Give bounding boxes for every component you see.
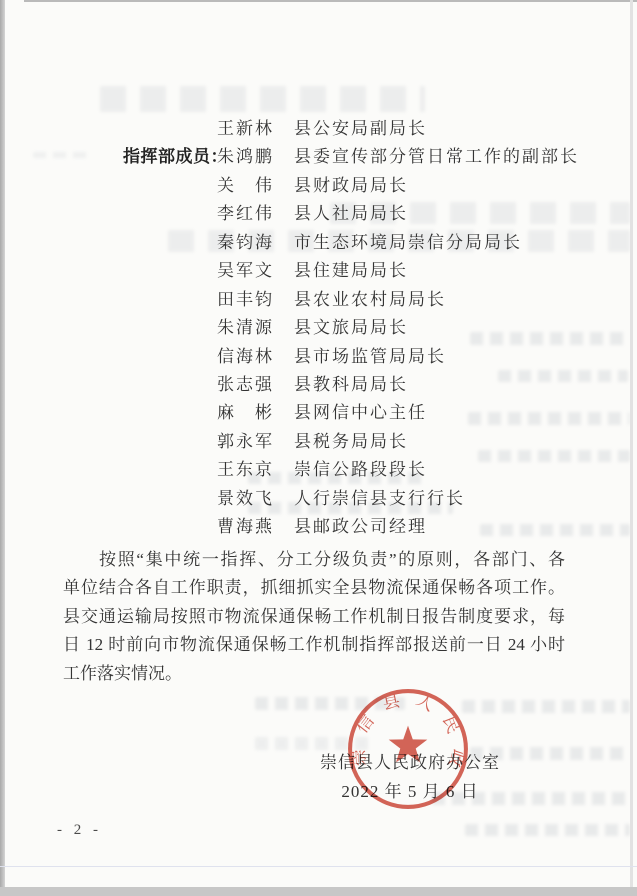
member-title: 县教科局局长 [294, 371, 408, 399]
member-title: 县财政局局长 [294, 172, 408, 200]
paragraph-line: 日 12 时前向市物流保通保畅工作机制指挥部报送前一日 24 小时 [63, 631, 565, 659]
member-name: 张志强 [217, 371, 274, 399]
signature-office: 崇信县人民政府办公室 [295, 748, 525, 777]
paragraph-line: 单位结合各自工作职责，抓细抓实全县物流保通保畅各项工作。 [63, 574, 565, 602]
member-name: 吴军文 [217, 257, 274, 285]
member-name: 信海林 [217, 343, 274, 371]
signature-block: 崇信县人民政府办公室 2022 年 5 月 6 日 [295, 748, 525, 806]
member-name: 朱鸿鹏 [217, 143, 274, 171]
bleedthrough-mark [255, 697, 405, 710]
paragraph-line: 按照“集中统一指挥、分工分级负责”的原则，各部门、各 [63, 546, 565, 574]
member-title: 县市场监管局局长 [294, 343, 446, 371]
scan-edge-left [0, 0, 5, 896]
member-title: 县公安局副局长 [294, 115, 427, 143]
member-name: 王东京 [217, 456, 274, 484]
page-number: - 2 - [57, 822, 102, 839]
roster-section-label: 指挥部成员： [123, 143, 228, 171]
member-name: 关 伟 [217, 172, 274, 200]
member-title: 崇信公路段段长 [294, 456, 427, 484]
roster-row: 王东京崇信公路段段长 [0, 456, 637, 484]
member-title: 县网信中心主任 [294, 399, 427, 427]
scan-edge-top [24, 0, 637, 2]
member-name: 朱清源 [217, 314, 274, 342]
member-name: 曹海燕 [217, 513, 274, 541]
paragraph-line: 工作落实情况。 [63, 660, 565, 688]
roster-row: 张志强县教科局局长 [0, 371, 637, 399]
roster-row: 李红伟县人社局局长 [0, 200, 637, 228]
roster-row: 指挥部成员：朱鸿鹏县委宣传部分管日常工作的副部长 [0, 143, 637, 171]
roster-row: 郭永军县税务局局长 [0, 428, 637, 456]
scan-edge-bottom-band [0, 887, 637, 896]
member-name: 秦钧海 [217, 229, 274, 257]
member-title: 县委宣传部分管日常工作的副部长 [294, 143, 579, 171]
member-name: 李红伟 [217, 200, 274, 228]
member-name: 郭永军 [217, 428, 274, 456]
scanned-document-page: 王新林县公安局副局长指挥部成员：朱鸿鹏县委宣传部分管日常工作的副部长关 伟县财政… [0, 0, 637, 896]
scan-edge-bottom-line [0, 866, 637, 867]
member-title: 县人社局局长 [294, 200, 408, 228]
scan-edge-right [630, 0, 633, 896]
body-paragraph: 按照“集中统一指挥、分工分级负责”的原则，各部门、各单位结合各自工作职责，抓细抓… [63, 546, 565, 688]
member-title: 县文旅局局长 [294, 314, 408, 342]
member-name: 田丰钧 [217, 286, 274, 314]
roster-row: 秦钧海市生态环境局崇信分局局长 [0, 229, 637, 257]
signature-date: 2022 年 5 月 6 日 [295, 777, 525, 806]
roster-row: 曹海燕县邮政公司经理 [0, 513, 637, 541]
roster-list: 王新林县公安局副局长指挥部成员：朱鸿鹏县委宣传部分管日常工作的副部长关 伟县财政… [0, 115, 637, 542]
bleedthrough-mark [462, 700, 630, 713]
member-title: 人行崇信县支行行长 [294, 485, 465, 513]
member-name: 麻 彬 [217, 399, 274, 427]
roster-row: 信海林县市场监管局局长 [0, 343, 637, 371]
member-name: 景效飞 [217, 485, 274, 513]
roster-row: 田丰钧县农业农村局局长 [0, 286, 637, 314]
paragraph-line: 县交通运输局按照市物流保通保畅工作机制日报告制度要求，每 [63, 603, 565, 631]
roster-row: 麻 彬县网信中心主任 [0, 399, 637, 427]
roster-row: 王新林县公安局副局长 [0, 115, 637, 143]
bleedthrough-mark [465, 824, 630, 836]
roster-row: 朱清源县文旅局局长 [0, 314, 637, 342]
member-title: 县税务局局长 [294, 428, 408, 456]
member-title: 市生态环境局崇信分局局长 [294, 229, 522, 257]
roster-row: 景效飞人行崇信县支行行长 [0, 485, 637, 513]
member-name: 王新林 [217, 115, 274, 143]
member-title: 县农业农村局局长 [294, 286, 446, 314]
roster-row: 关 伟县财政局局长 [0, 172, 637, 200]
roster-row: 吴军文县住建局局长 [0, 257, 637, 285]
member-title: 县住建局局长 [294, 257, 408, 285]
member-title: 县邮政公司经理 [294, 513, 427, 541]
bleedthrough-mark [100, 86, 425, 112]
